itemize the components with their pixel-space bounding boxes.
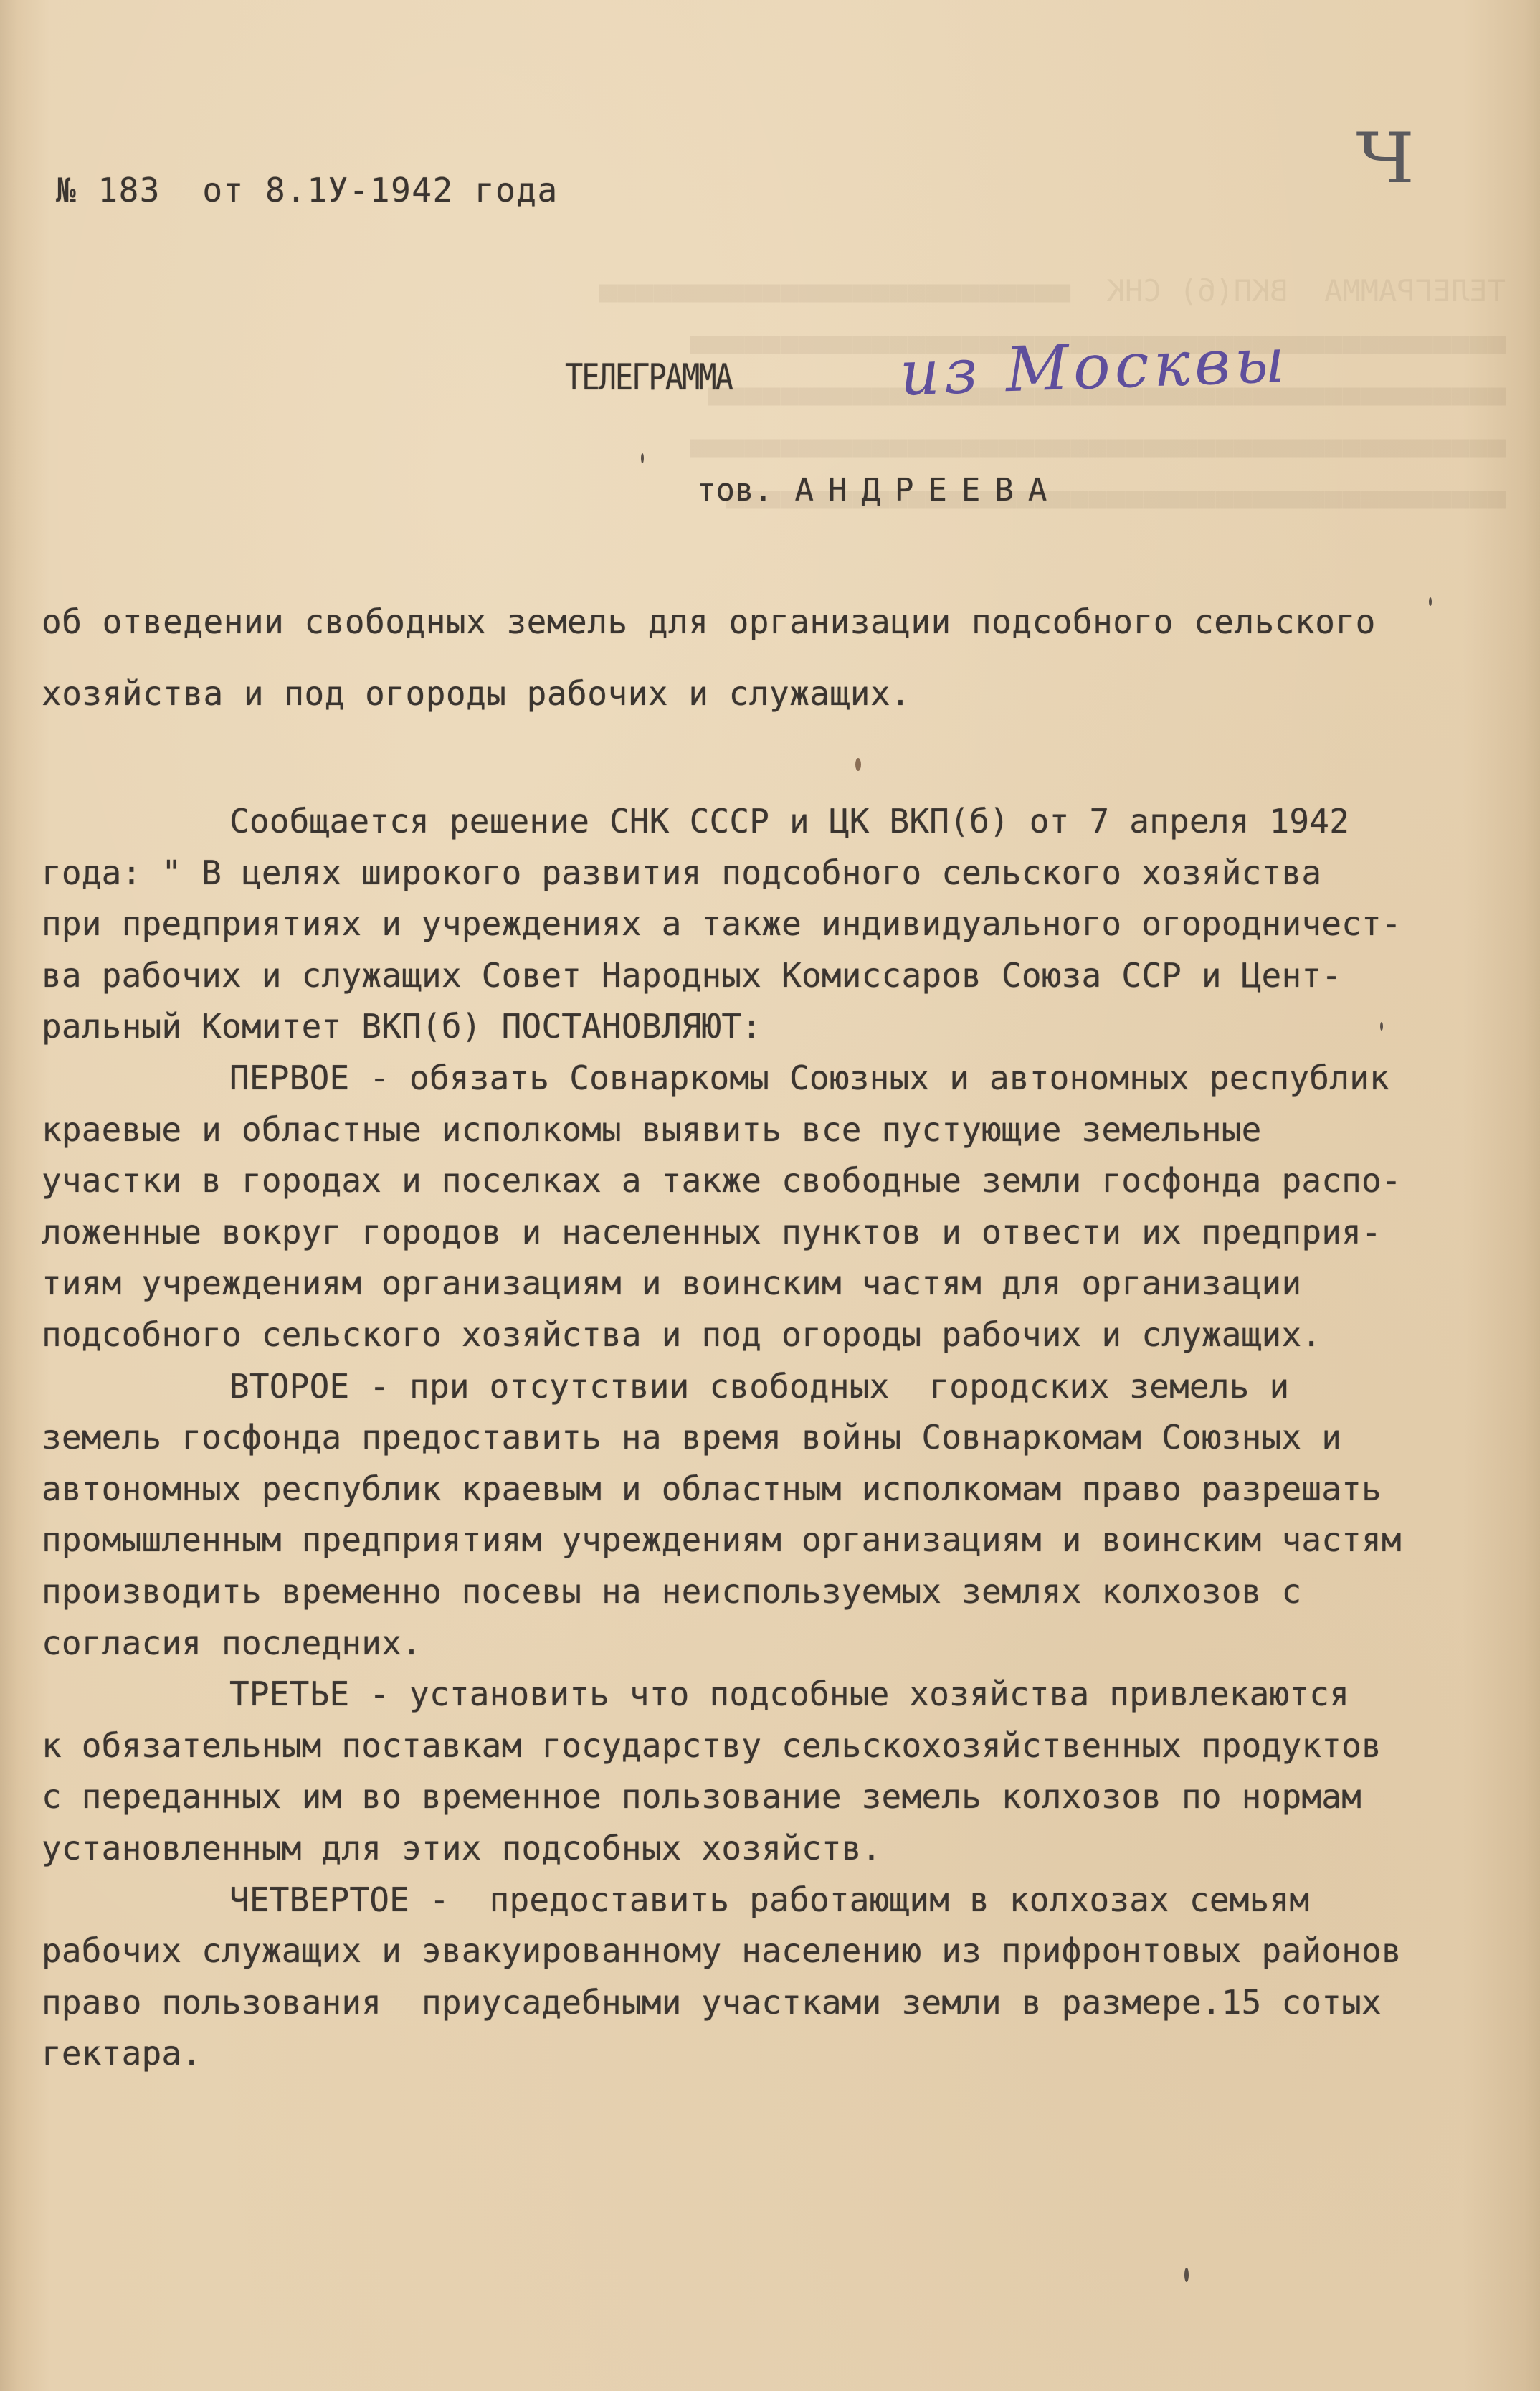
- body-line: земель госфонда предоставить на время во…: [42, 1418, 1341, 1457]
- body-line: рабочих служащих и эвакуированному насел…: [42, 1931, 1402, 1970]
- body-line: года: " В целях широкого развития подсоб…: [42, 853, 1321, 892]
- handwritten-sheet-number: Ч: [1356, 118, 1415, 199]
- body-line: подсобного сельского хозяйства и под ого…: [42, 1315, 1321, 1354]
- paragraph-start-line: ПЕРВОЕ - обязать Совнаркомы Союзных и ав…: [42, 1059, 1389, 1097]
- addressee-prefix: тов.: [697, 472, 773, 508]
- subject-line: об отведении свободных земель для органи…: [42, 602, 1376, 641]
- body-line: при предприятиях и учреждениях а также и…: [42, 904, 1402, 943]
- body-line: автономных республик краевым и областным…: [42, 1469, 1382, 1508]
- subject-line: хозяйства и под огороды рабочих и служащ…: [42, 674, 911, 713]
- paragraph-start-line: ВТОРОЕ - при отсутствии свободных городс…: [42, 1367, 1289, 1406]
- body-line: установленным для этих подсобных хозяйст…: [42, 1829, 882, 1867]
- document-title: ТЕЛЕГРАММА: [565, 356, 732, 398]
- body-line: ложенные вокруг городов и населенных пун…: [42, 1213, 1382, 1251]
- document-page: ТЕЛЕГРАММА ВКП(б) СНК ■■■■■■■■■■■■■■■■■■…: [0, 0, 1540, 2391]
- body-line: с переданных им во временное пользование…: [42, 1777, 1361, 1816]
- body-line: участки в городах и поселках а также сво…: [42, 1161, 1402, 1200]
- ink-speck: [1429, 597, 1432, 606]
- body-line: тиям учреждениям организациям и воинским…: [42, 1264, 1301, 1302]
- body-line: ва рабочих и служащих Совет Народных Ком…: [42, 956, 1341, 995]
- addressee-name: АНДРЕЕВА: [794, 472, 1061, 508]
- body-line: гектара.: [42, 2034, 201, 2073]
- body-line: производить временно посевы на неиспольз…: [42, 1572, 1301, 1611]
- body-line: право пользования приусадебными участкам…: [42, 1983, 1382, 2022]
- document-number-date: № 183 от 8.1У-1942 года: [56, 171, 559, 209]
- paragraph-start-line: ТРЕТЬЕ - установить что подсобные хозяйс…: [42, 1675, 1349, 1713]
- ink-speck: [641, 453, 644, 463]
- body-line: к обязательным поставкам государству сел…: [42, 1726, 1382, 1765]
- handwritten-origin-note: из Москвы: [898, 325, 1290, 410]
- paragraph-start-line: Сообщается решение СНК СССР и ЦК ВКП(б) …: [42, 802, 1349, 841]
- addressee: тов. АНДРЕЕВА: [697, 472, 1061, 508]
- ink-speck: [1380, 1022, 1383, 1031]
- ink-speck: [1184, 2268, 1189, 2282]
- ink-speck: [855, 758, 861, 771]
- body-line: согласия последних.: [42, 1624, 422, 1662]
- body-line: промышленным предприятиям учреждениям ор…: [42, 1520, 1402, 1559]
- body-line: краевые и областные исполкомы выявить вс…: [42, 1110, 1262, 1149]
- body-line: ральный Комитет ВКП(б) ПОСТАНОВЛЯЮТ:: [42, 1007, 761, 1046]
- paragraph-start-line: ЧЕТВЕРТОЕ - предоставить работающим в ко…: [42, 1880, 1309, 1919]
